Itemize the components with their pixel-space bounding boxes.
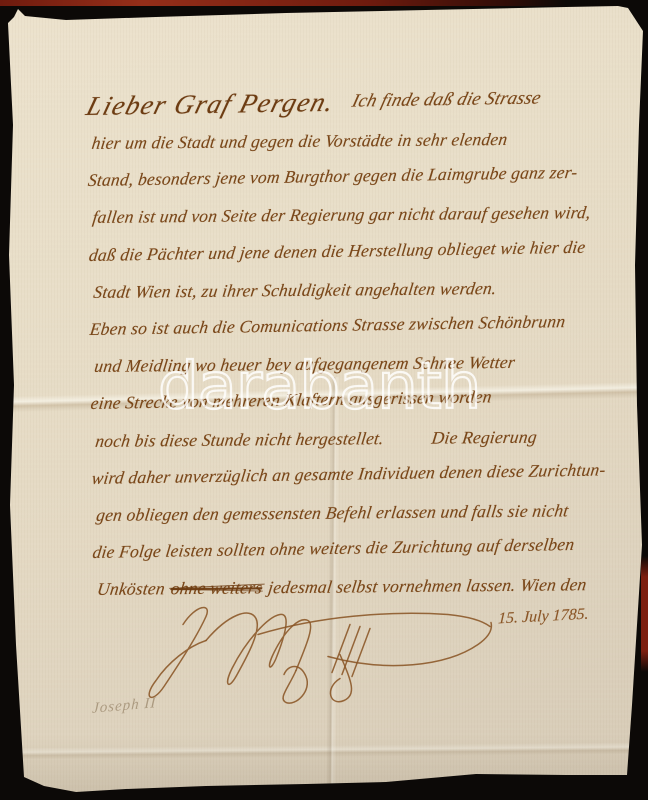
date-line: 15. July 1785. bbox=[498, 606, 589, 629]
signature-stroke bbox=[332, 625, 350, 673]
letter-line: eine Strecke von mehreren Klaftern ausge… bbox=[89, 376, 639, 422]
signature-stroke bbox=[352, 629, 370, 677]
salutation: Lieber Graf Pergen. bbox=[82, 84, 340, 125]
signature-stroke bbox=[258, 613, 490, 634]
scan-edge-artifact-top bbox=[0, 0, 566, 6]
signature-stroke bbox=[149, 607, 207, 697]
scanned-letter: Lieber Graf Pergen. Ich finde daß die St… bbox=[0, 0, 648, 800]
line-fragment: noch bis diese Stunde nicht hergestellet… bbox=[94, 428, 385, 451]
line-fragment: Die Regierung bbox=[431, 426, 539, 447]
letter-line: Lieber Graf Pergen. Ich finde daß die St… bbox=[85, 42, 639, 125]
letter-line: Eben so ist auch die Comunications Stras… bbox=[88, 302, 638, 348]
scan-edge-artifact-right bbox=[641, 556, 648, 672]
letter-line: Stand, besonders jene vom Burgthor gegen… bbox=[86, 153, 636, 199]
signature-flourish: Joseph bbox=[128, 593, 500, 711]
opening-phrase: Ich finde daß die Strasse bbox=[348, 80, 546, 120]
letter-paper: Lieber Graf Pergen. Ich finde daß die St… bbox=[6, 5, 643, 795]
letter-line: wird daher unverzüglich an gesamte Indiv… bbox=[89, 451, 639, 497]
letter-body: Lieber Graf Pergen. Ich finde daß die St… bbox=[84, 44, 636, 608]
pencil-annotation: Joseph II bbox=[92, 695, 157, 718]
signature-stroke bbox=[328, 623, 491, 666]
signature-stroke bbox=[283, 667, 307, 704]
letter-line: die Folge leisten sollten ohne weiters d… bbox=[90, 525, 640, 571]
